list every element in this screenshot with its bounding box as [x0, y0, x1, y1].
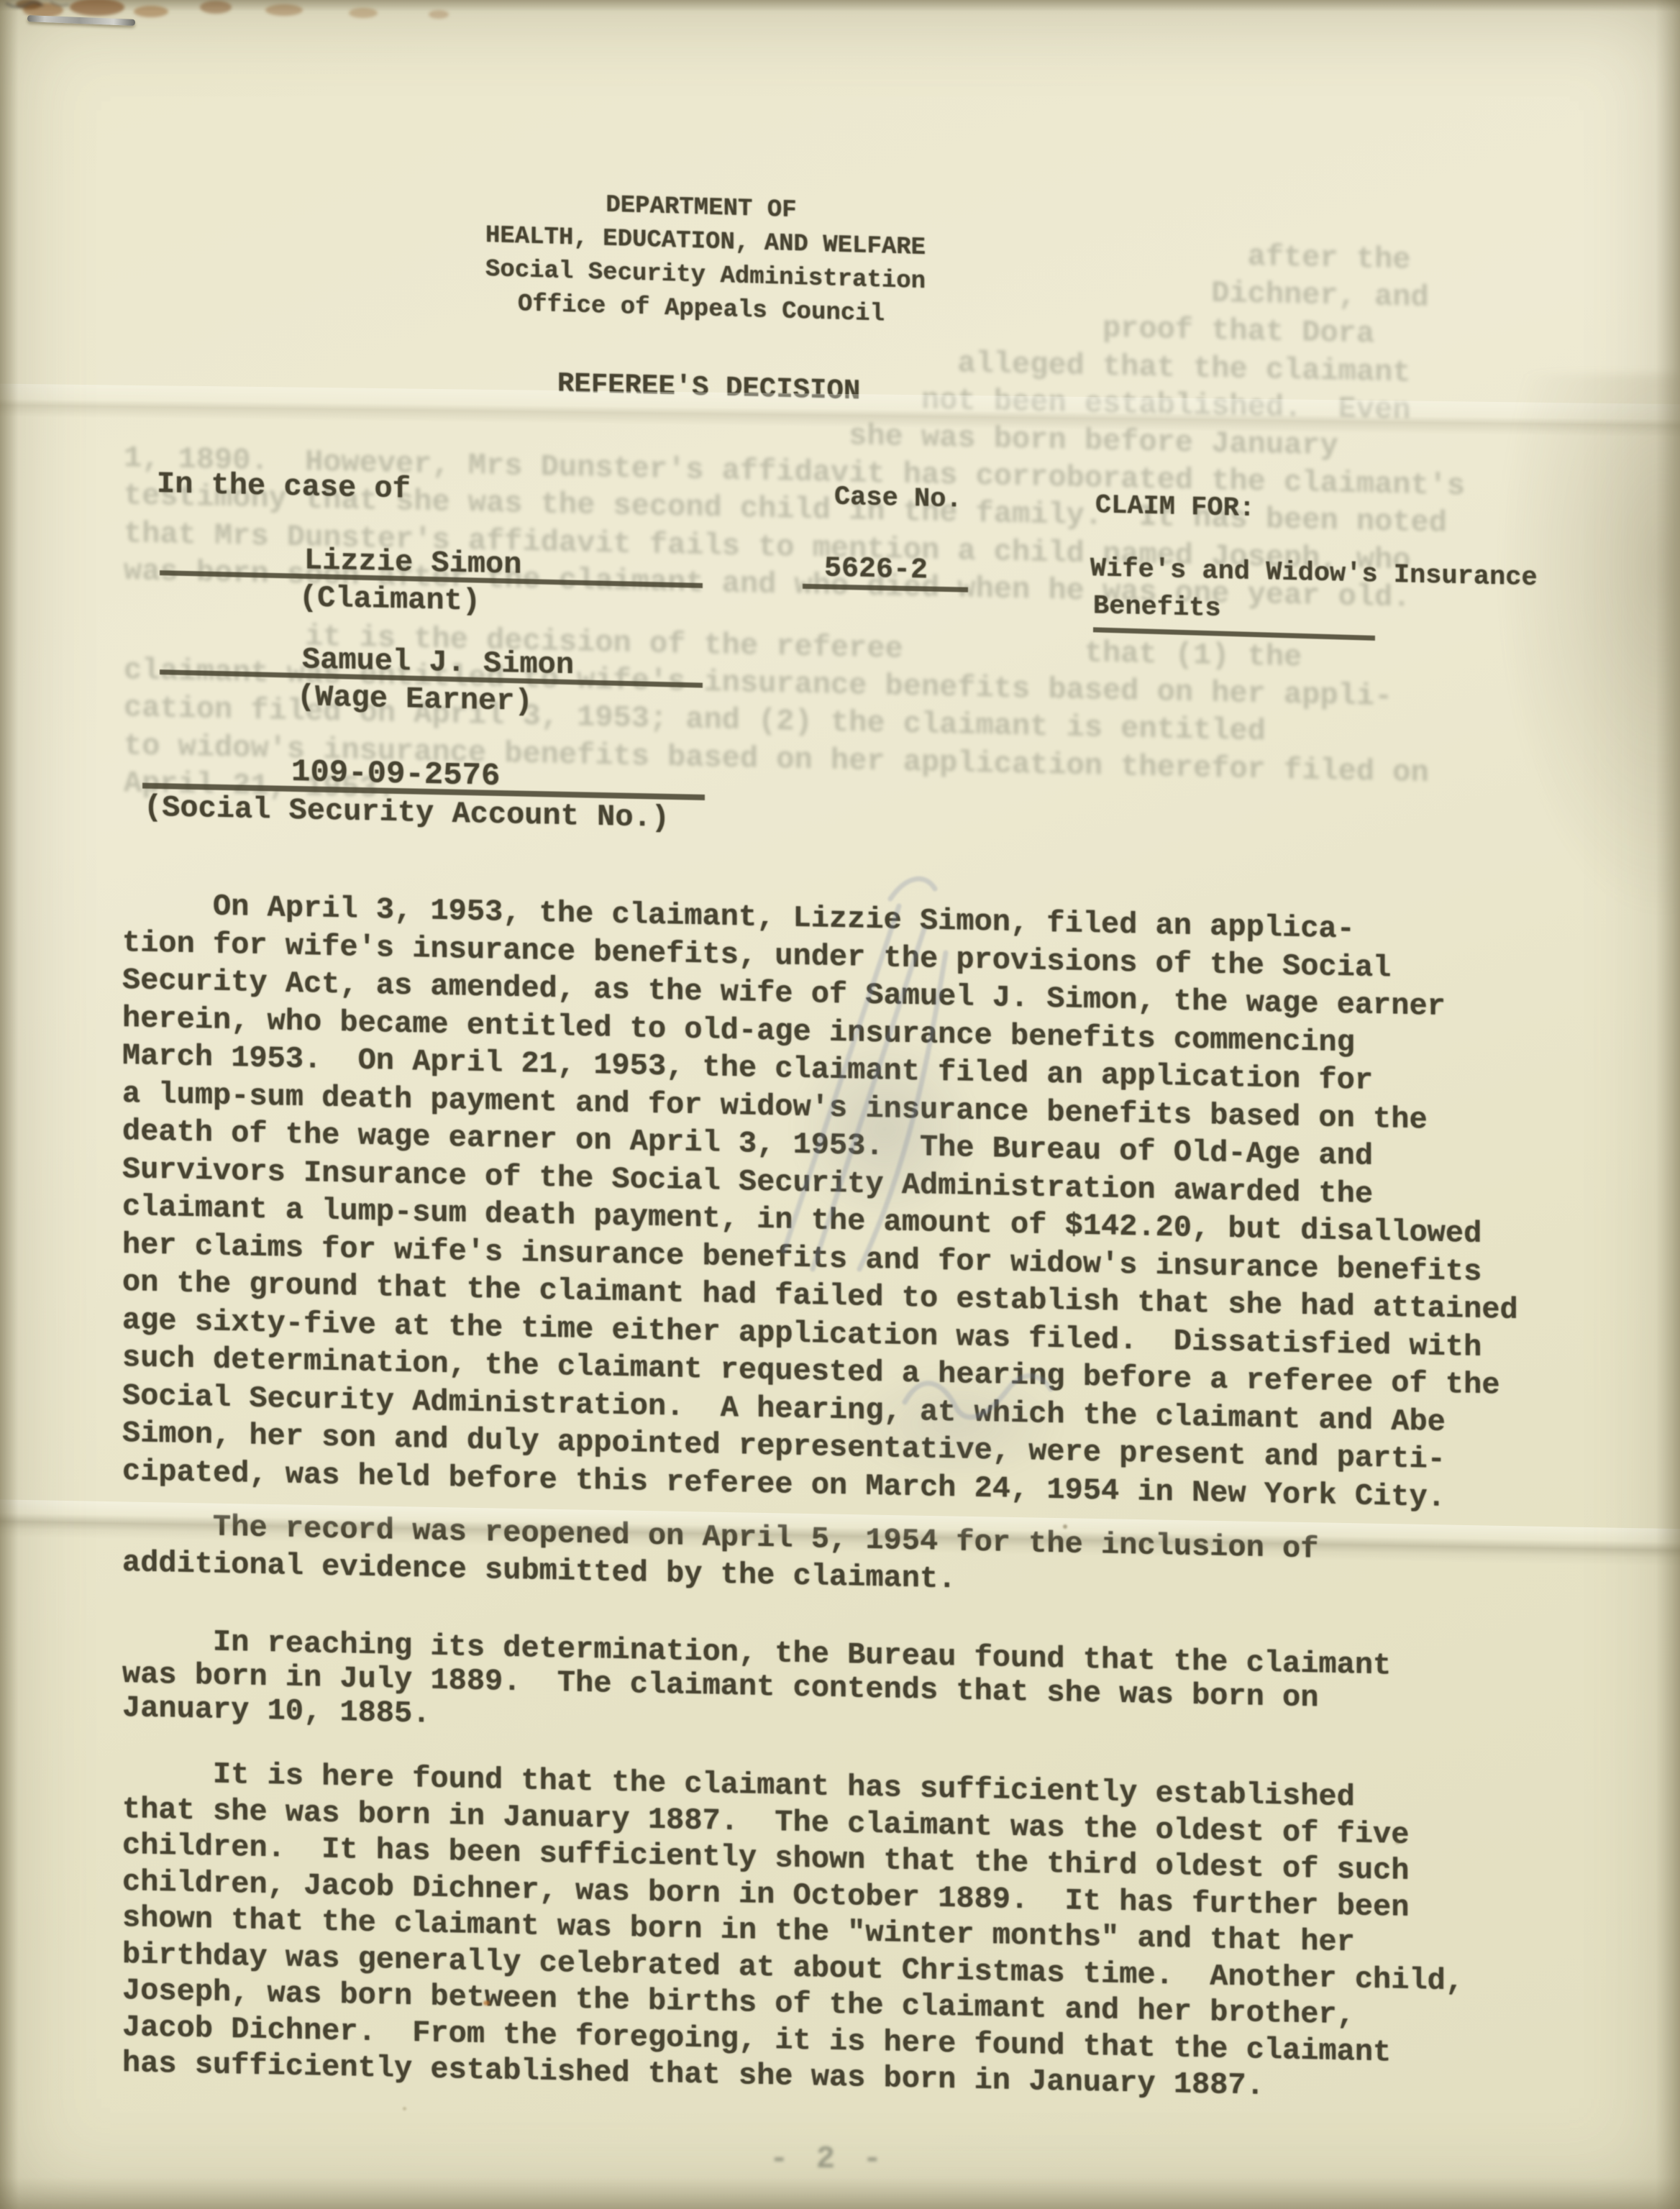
claimant-label: (Claimant) [299, 580, 480, 618]
rust-speck [483, 2000, 490, 2006]
claim-for-underline [1093, 627, 1375, 641]
in-the-case-of-label: In the case of [157, 467, 411, 506]
claim-for-value-line2: Benefits [1093, 591, 1221, 624]
case-no-underline [803, 584, 968, 593]
dirt-speck [1395, 1841, 1400, 1844]
left-edge-shade [0, 0, 19, 2209]
claim-for-value-line1: Wife's and Widow's Insurance [1090, 554, 1538, 593]
rust-stain-cluster [0, 0, 547, 65]
right-edge-shade [1656, 0, 1680, 2209]
pencil-scribble [676, 849, 1136, 1496]
bottom-edge-shade [0, 2177, 1680, 2209]
case-no-value: 5626-2 [824, 552, 928, 587]
paragraph-bureau-finding: In reaching its determination, the Burea… [122, 1624, 1391, 1750]
dirt-speck [237, 805, 242, 809]
paragraph-record-reopened: The record was reopened on April 5, 1954… [122, 1506, 1318, 1605]
wage-earner-label: (Wage Earner) [297, 680, 533, 719]
dirt-speck [1063, 1524, 1067, 1529]
case-caption: In the case of Case No. CLAIM FOR: Lizzi… [122, 460, 1575, 864]
case-no-label: Case No. [834, 482, 962, 516]
dirt-speck [403, 2107, 406, 2110]
page-number: - 2 - [770, 2141, 886, 2177]
claim-for-label: CLAIM FOR: [1095, 490, 1255, 524]
letterhead: DEPARTMENT OF HEALTH, EDUCATION, AND WEL… [485, 186, 917, 333]
scanned-document-page: after the Dichner, and proof that Dora a [0, 0, 1680, 2209]
paragraph-referee-finding: It is here found that the claimant has s… [122, 1755, 1464, 2108]
